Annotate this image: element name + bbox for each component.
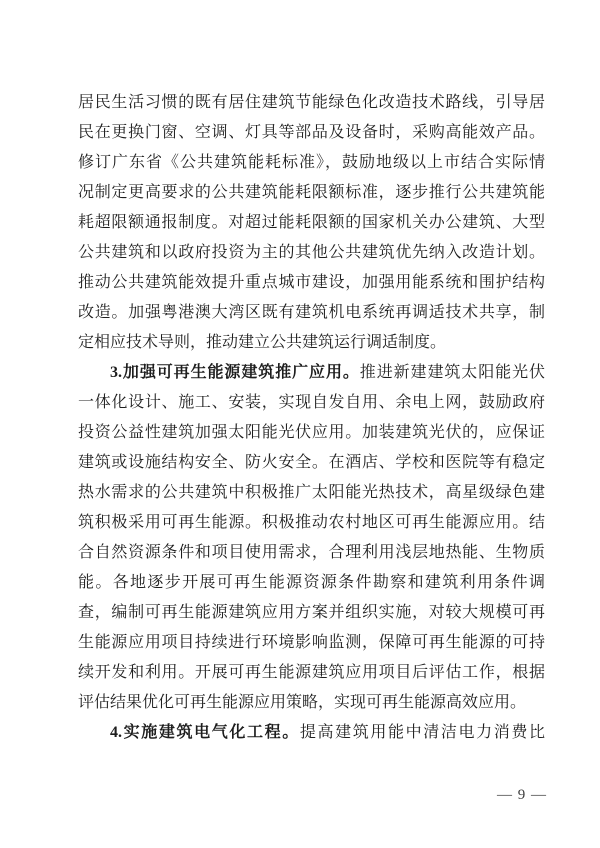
text-line: 建筑或设施结构安全、防火安全。在酒店、学校和医院等有稳定 — [78, 448, 545, 478]
text-line: 改造。加强粤港澳大湾区既有建筑机电系统再调适技术共享，制 — [78, 298, 545, 328]
text-line: 查，编制可再生能源建筑应用方案并组织实施，对较大规模可再 — [78, 598, 545, 628]
text-line: 投资公益性建筑加强太阳能光伏应用。加装建筑光伏的，应保证 — [78, 418, 545, 448]
page-number: — 9 — — [497, 786, 547, 804]
document-body-text: 居民生活习惯的既有居住建筑节能绿色化改造技术路线，引导居 民在更换门窗、空调、灯… — [78, 88, 545, 748]
document-page: 居民生活习惯的既有居住建筑节能绿色化改造技术路线，引导居 民在更换门窗、空调、灯… — [0, 0, 600, 848]
text-line: 民在更换门窗、空调、灯具等部品及设备时，采购高能效产品。 — [78, 118, 545, 148]
text-line: 4.实施建筑电气化工程。提高建筑用能中清洁电力消费比 — [78, 718, 545, 748]
text-line: 热水需求的公共建筑中积极推广太阳能光热技术，高星级绿色建 — [78, 478, 545, 508]
text-line: 生能源应用项目持续进行环境影响监测，保障可再生能源的可持 — [78, 628, 545, 658]
text-line: 公共建筑和以政府投资为主的其他公共建筑优先纳入改造计划。 — [78, 238, 545, 268]
text-line: 续开发和利用。开展可再生能源建筑应用项目后评估工作，根据 — [78, 658, 545, 688]
text-line: 筑积极采用可再生能源。积极推动农村地区可再生能源应用。结 — [78, 508, 545, 538]
text-line: 3.加强可再生能源建筑推广应用。推进新建建筑太阳能光伏 — [78, 358, 545, 388]
text-line: 评估结果优化可再生能源应用策略，实现可再生能源高效应用。 — [78, 688, 545, 718]
text-line: 一体化设计、施工、安装，实现自发自用、余电上网，鼓励政府 — [78, 388, 545, 418]
text-line: 耗超限额通报制度。对超过能耗限额的国家机关办公建筑、大型 — [78, 208, 545, 238]
text-line: 修订广东省《公共建筑能耗标准》，鼓励地级以上市结合实际情 — [78, 148, 545, 178]
paragraph: 3.加强可再生能源建筑推广应用。推进新建建筑太阳能光伏 一体化设计、施工、安装，… — [78, 358, 545, 718]
text-line: 定相应技术导则，推动建立公共建筑运行调适制度。 — [78, 328, 545, 358]
item-4-heading: 4.实施建筑电气化工程。 — [110, 724, 300, 741]
text-line: 况制定更高要求的公共建筑能耗限额标准，逐步推行公共建筑能 — [78, 178, 545, 208]
text-line: 居民生活习惯的既有居住建筑节能绿色化改造技术路线，引导居 — [78, 88, 545, 118]
paragraph: 居民生活习惯的既有居住建筑节能绿色化改造技术路线，引导居 民在更换门窗、空调、灯… — [78, 88, 545, 358]
paragraph: 4.实施建筑电气化工程。提高建筑用能中清洁电力消费比 — [78, 718, 545, 748]
text-run: 提高建筑用能中清洁电力消费比 — [300, 724, 545, 741]
text-line: 合自然资源条件和项目使用需求，合理利用浅层地热能、生物质 — [78, 538, 545, 568]
item-3-heading: 3.加强可再生能源建筑推广应用。 — [110, 364, 360, 381]
text-line: 推动公共建筑能效提升重点城市建设，加强用能系统和围护结构 — [78, 268, 545, 298]
text-line: 能。各地逐步开展可再生能源资源条件勘察和建筑利用条件调 — [78, 568, 545, 598]
text-run: 推进新建建筑太阳能光伏 — [360, 364, 545, 381]
